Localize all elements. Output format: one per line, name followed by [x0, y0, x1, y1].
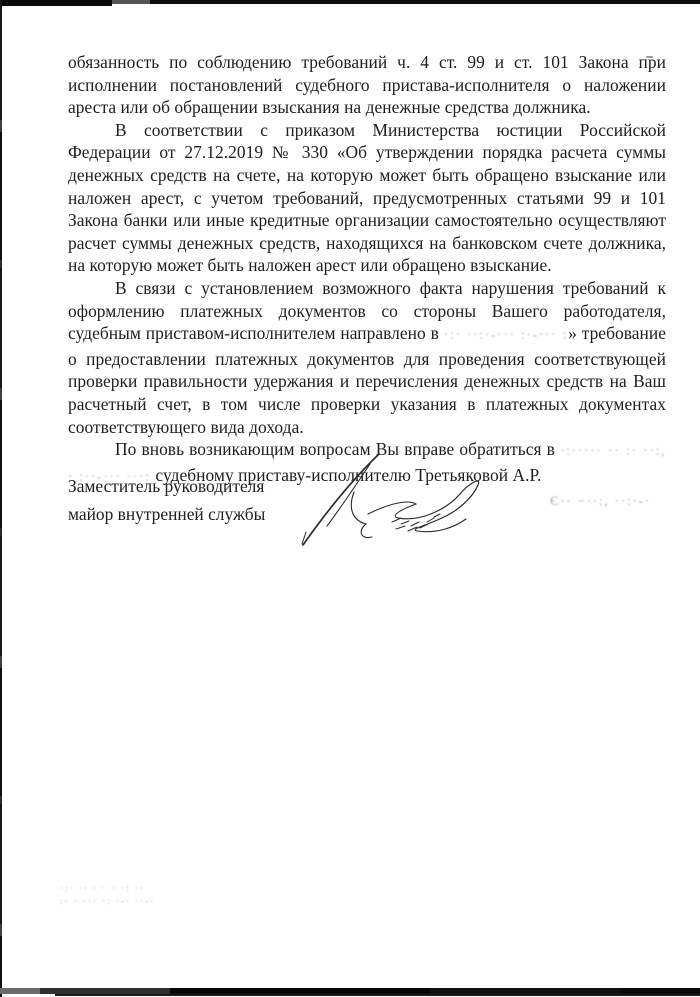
signature-block: Заместитель руководителя майор внутренне… [68, 472, 666, 562]
letter-body: обязанность по соблюдению требований ч. … [68, 51, 666, 489]
paragraph-continuation: обязанность по соблюдению требований ч. … [68, 51, 666, 119]
redacted-signer-name: Є·· −··:, ··:·-· [550, 494, 680, 509]
faded-footer-line-2: :· · ··· ·: ·-· ··-· [60, 895, 240, 908]
paragraph-ministry-order: В соответствии с приказом Министерства ю… [68, 119, 666, 277]
scanned-letter-page: { "page": { "background": "#fefefe", "in… [0, 0, 700, 997]
paragraph-violation-notice: В связи с установлением возможного факта… [68, 277, 666, 438]
redacted-department-name-1: ·:····· ·· :· ··:, [560, 444, 666, 459]
scan-edge-bottom-line [55, 994, 700, 996]
scan-edge-left [0, 0, 2, 997]
faded-footer-stamp: ·:· ·· · · · ·: ·· :· · ··· ·: ·-· ··-· [60, 882, 240, 908]
faded-footer-line-1: ·:· ·· · · · ·: ·· [60, 882, 240, 895]
handwritten-signature-icon [296, 452, 486, 552]
redacted-organization-name: ·:· ··:·-··· :·-··· : [444, 328, 568, 343]
scan-edge-top-corner [0, 0, 112, 6]
